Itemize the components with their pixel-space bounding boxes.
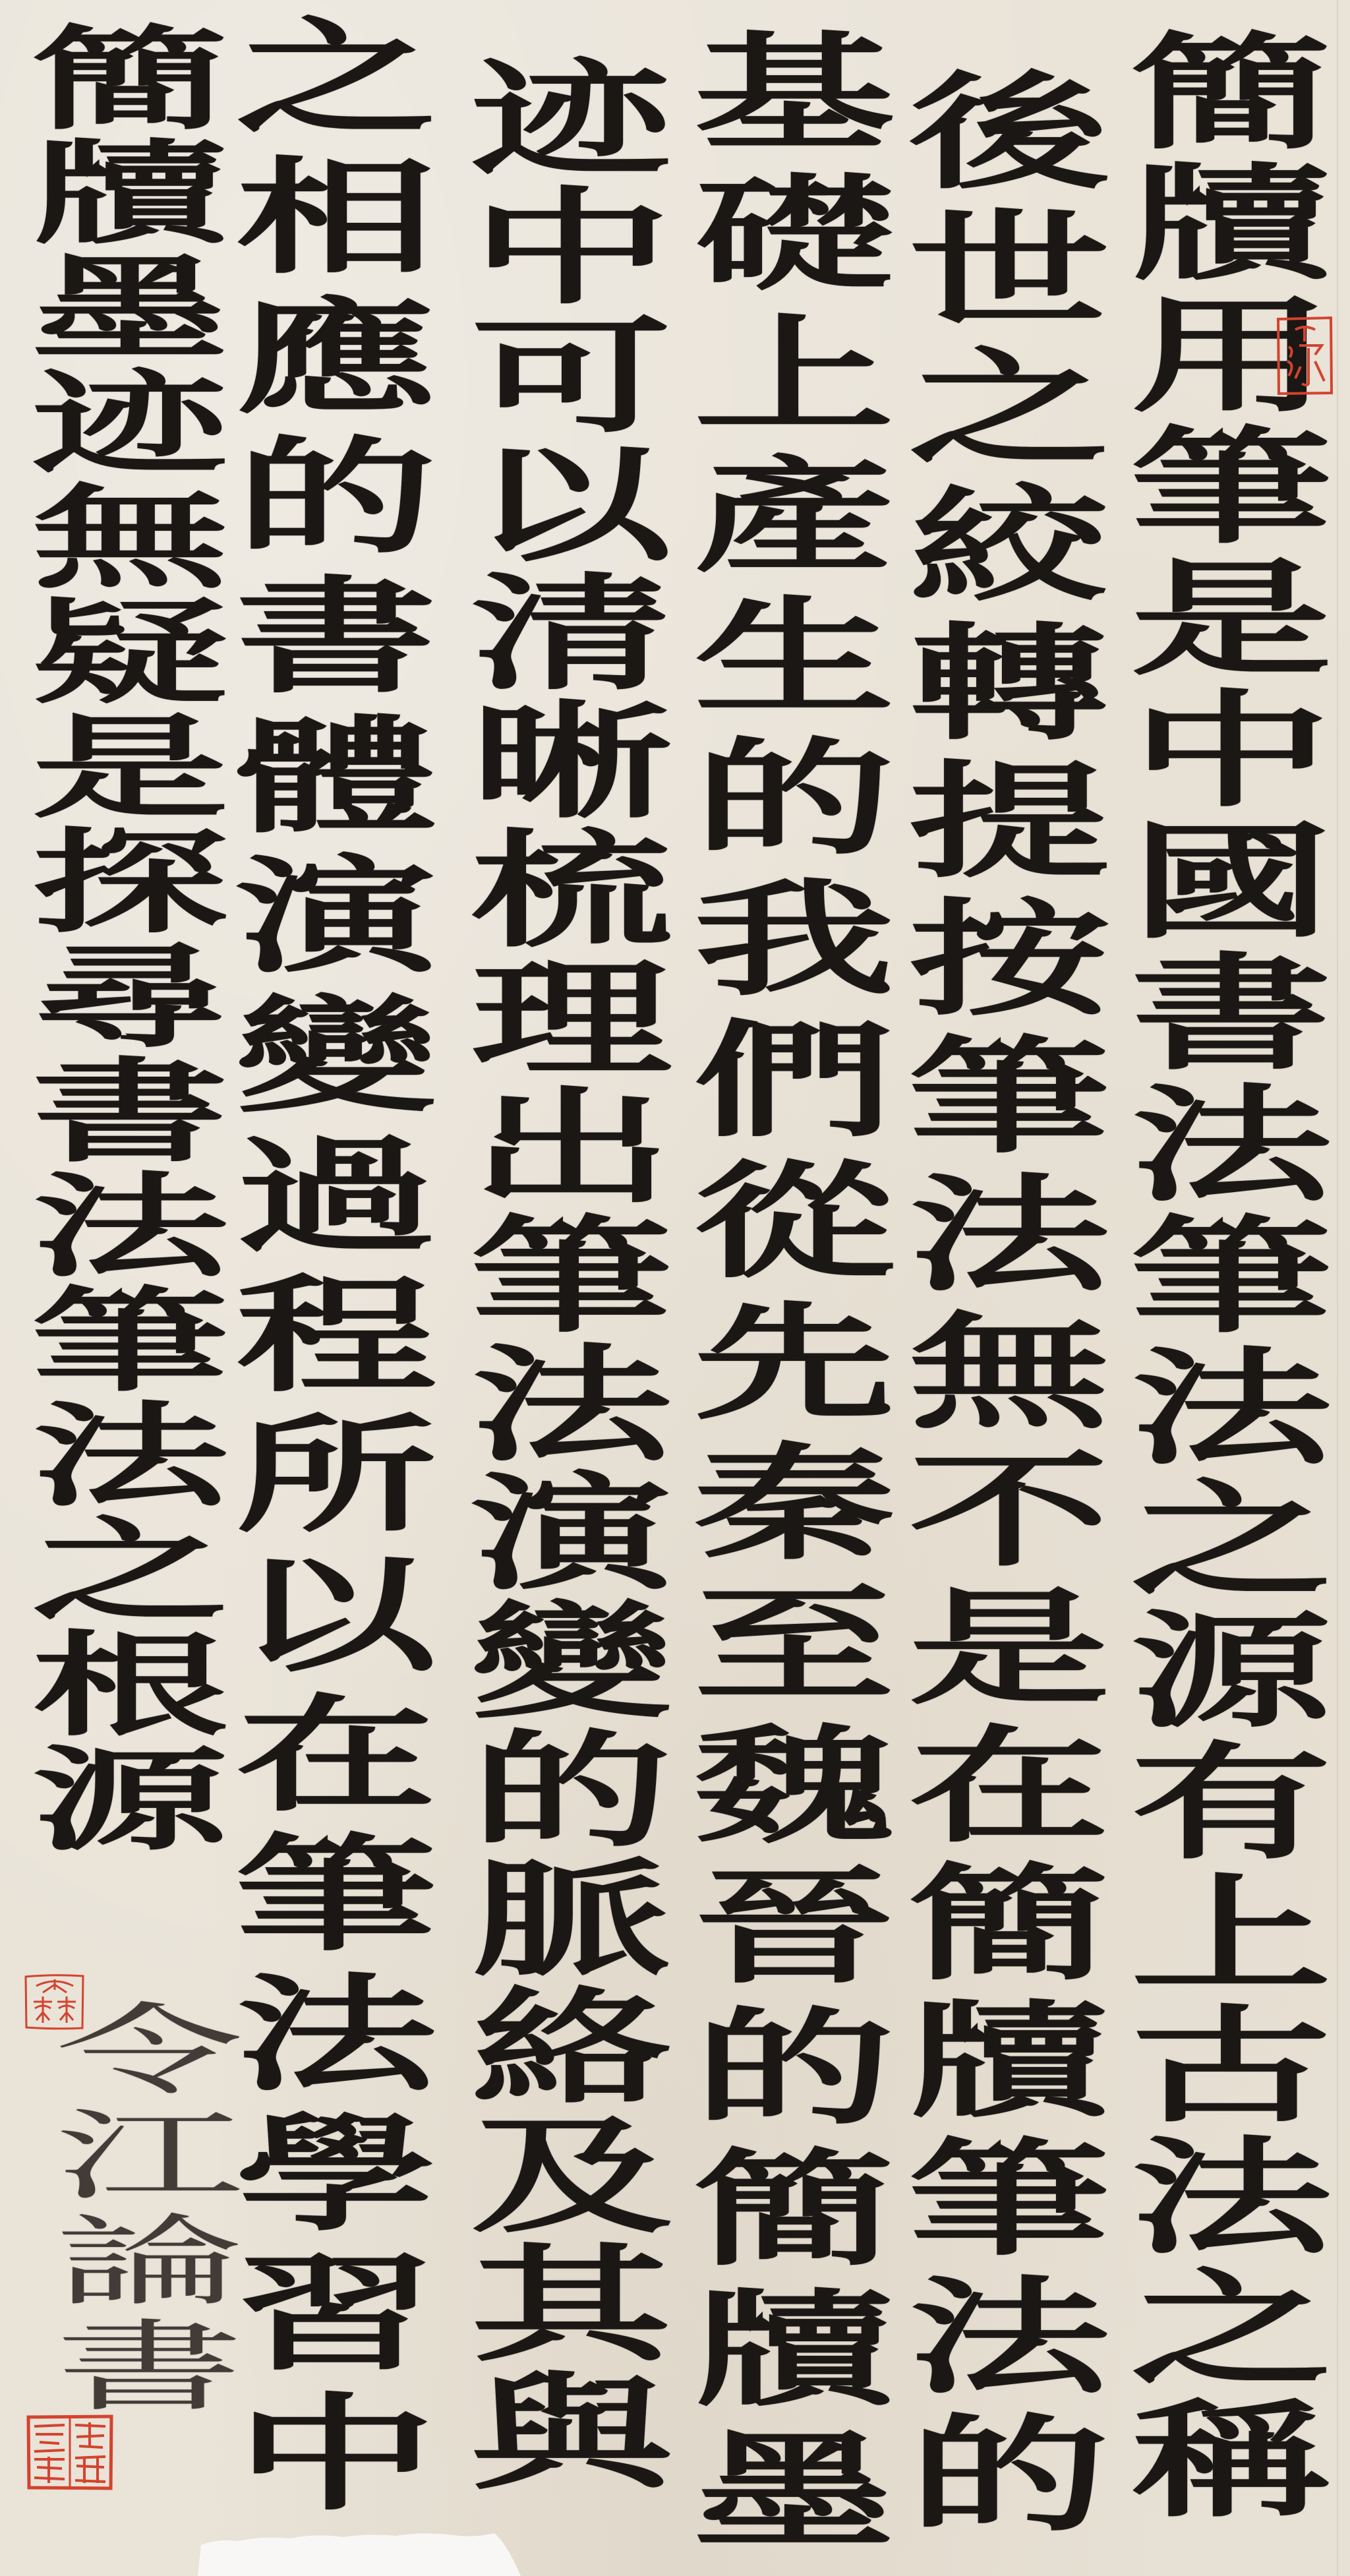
calligraphy-column-2: 後世之絞轉提按筆法無不是在簡牘筆法的 (893, 66, 1093, 2546)
calligraphy-column-4: 迹中可以清晰梳理出筆法演變的脈絡及其與 (455, 53, 655, 2496)
calligraphy-column-1: 簡牘用筆是中國書法筆法之源有上古法之稱 (1115, 26, 1315, 2526)
leading-seal-icon (1276, 315, 1334, 396)
artist-signature: 令江論書 (38, 1998, 226, 2420)
paper-edge (1337, 0, 1338, 2576)
name-seal-icon (26, 2414, 113, 2490)
torn-paper-edge (0, 2519, 1350, 2576)
dalin-seal-icon (23, 1973, 86, 2031)
calligraphy-column-3: 基礎上產生的我們從先秦至魏晉的簡牘墨 (678, 26, 878, 2566)
calligraphy-column-6: 簡牘墨迹無疑是探尋書法筆法之根源 (15, 20, 212, 1855)
calligraphy-column-5: 之相應的書體演變過程所以在筆法學習中 (220, 11, 420, 2527)
